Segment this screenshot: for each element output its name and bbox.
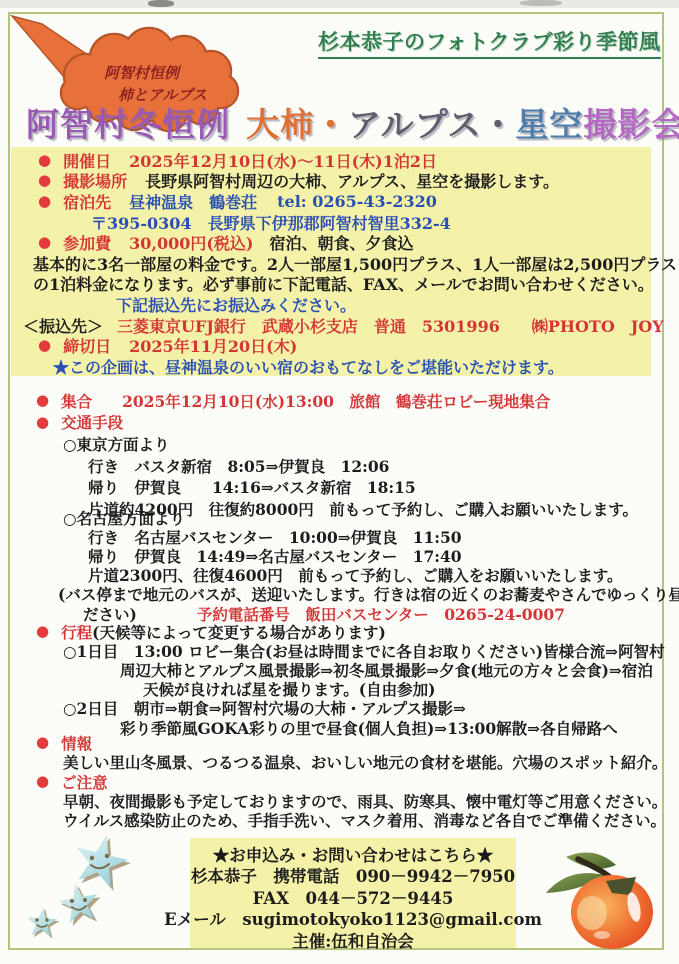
day2-row: ○2日目 朝市⇒朝食⇒阿智村穴場の大柿・アルプス撮影⇒ [28,699,658,718]
information-heading-row: ● 情報 [28,733,658,752]
lodging-address: 〒395-0304 長野県下伊那郡阿智村智里332-4 [91,211,451,234]
day1-row: 天候が良ければ星を撮ります。(自由参加) [28,680,658,699]
nagoya-heading-row: ○名古屋方面より [28,508,658,527]
nagoya-fare-row: 片道2300円、往復4600円 前もって予約し、ご購入をお願いいたします。 [28,566,658,585]
page-title: 阿智村冬恒例大柿・アルプス・星空撮影会 [26,99,679,146]
transfer-value: 三菱東京UFJ銀行 武蔵小杉支店 普通 5301996 ㈱PHOTO JOY [117,314,664,337]
event-date-label: 開催日 [63,149,111,172]
lodging-label: 宿泊先 [63,190,111,213]
transfer-note-row: 下記振込先にお振込みください。 [11,294,651,315]
fee-detail-1: 基本的に3名一部屋の料金です。2人一部屋1,500円プラス、1人一部屋は2,50… [33,252,677,275]
meeting-label: 集合 [61,390,92,412]
fee-detail-row: 基本的に3名一部屋の料金です。2人一部屋1,500円プラス、1人一部屋は2,50… [11,253,651,274]
bullet-icon: ● [38,153,51,168]
meeting-value: 2025年12月10日(水)13:00 旅館 鶴巻荘ロビー現地集合 [122,390,550,412]
bullet-icon: ● [36,624,49,639]
transfer-label: ＜振込先＞ [23,314,103,337]
information-section: ● 情報 美しい里山冬風景、つるつる温泉、おいしい地元の食材を堪能。穴場のスポッ… [28,733,658,771]
caution-line2: ウイルス感染防止のため、手指手洗い、マスク着用、消毒など各自でご準備ください。 [63,809,666,831]
photo-smudge [148,0,174,7]
event-date-value: 2025年12月10日(水)～11日(木)1泊2日 [129,149,437,172]
hospitality-note: ★この企画は、昼神温泉のいい宿のおもてなしをご堪能いただけます。 [53,355,564,378]
contact-phone: 杉本恭子 携帯電話 090－9942－7950 [191,863,515,887]
lodging-address-row: 〒395-0304 長野県下伊那郡阿智村智里332-4 [11,212,651,233]
lodging-name: 昼神温泉 鶴巻荘 [129,190,257,213]
highlight [594,931,610,939]
itinerary-heading-row: ● 行程 (天候等によって変更する場合があります) [28,622,658,641]
tokyo-go: 行き バスタ新宿 8:05⇒伊賀良 12:06 [88,455,389,477]
nagoya-section: ○名古屋方面より 行き 名古屋バスセンター 10:00⇒伊賀良 11:50 帰り… [28,508,658,623]
transport-heading-row: ● 交通手段 [28,412,658,434]
tokyo-return: 帰り 伊賀良 14:16⇒バスタ新宿 18:15 [88,476,416,498]
title-part-event: 阿智村冬恒例 [26,105,230,144]
title-part-persimmon: 大柿 [246,105,314,144]
fee-label: 参加費 [63,231,111,254]
event-info-box: ● 開催日 2025年12月10日(水)～11日(木)1泊2日 ● 撮影場所 長… [11,147,651,376]
shuttle-note-row: (バス停まで地元のバスが、送迎いたします。行きは宿の近くのお蕎麦やさんでゆっくり… [28,585,658,604]
tokyo-heading-row: ○東京方面より [28,433,658,455]
contact-organizer: 主催:伍和自治会 [292,928,414,952]
itinerary-section: ● 行程 (天候等によって変更する場合があります) ○1日目 13:00 ロビー… [28,622,658,737]
title-part-stars: 星空 [515,105,583,144]
bullet-icon: ● [36,415,49,430]
information-text-row: 美しい里山冬風景、つるつる温泉、おいしい地元の食材を堪能。穴場のスポット紹介。 [28,752,658,771]
contact-email-row: Eメール sugimotokyoko1123@gmail.com [190,908,516,930]
transport-label: 交通手段 [61,411,123,433]
transfer-note: 下記振込先にお振込みください。 [116,293,356,316]
transport-section: ● 集合 2025年12月10日(水)13:00 旅館 鶴巻荘ロビー現地集合 ●… [28,390,658,520]
deadline-label: 締切日 [63,334,111,357]
contact-box: ★お申込み・お問い合わせはこちら★ 杉本恭子 携帯電話 090－9942－795… [190,838,516,948]
title-dot: ・ [481,105,515,144]
contact-organizer-row: 主催:伍和自治会 [190,929,516,951]
information-text: 美しい里山冬風景、つるつる温泉、おいしい地元の食材を堪能。穴場のスポット紹介。 [63,751,667,773]
persimmon-illustration [540,845,672,955]
flyer-page: 阿智村恒例 柿とアルプス 杉本恭子のフォトクラブ彩り季節風 阿智村冬恒例大柿・ア… [0,0,679,964]
photo-smudge [520,0,562,6]
smiling-stars-illustration [22,832,182,952]
deadline-value: 2025年11月20日(木) [129,334,297,357]
nagoya-go-row: 行き 名古屋バスセンター 10:00⇒伊賀良 11:50 [28,527,658,546]
event-date-row: ● 開催日 2025年12月10日(水)～11日(木)1泊2日 [11,150,651,171]
fee-note: 宿泊、朝食、夕食込 [270,231,414,254]
contact-fax: FAX 044－572－9445 [253,885,454,909]
bullet-icon: ● [36,774,49,789]
shoot-location-label: 撮影場所 [63,169,127,192]
club-header: 杉本恭子のフォトクラブ彩り季節風 [318,26,661,59]
photo-edge-strip [0,0,679,8]
shoot-location-value: 長野県阿智村周辺の大柿、アルプス、星空を撮影します。 [145,169,559,192]
tokyo-heading: ○東京方面より [63,433,170,455]
bullet-icon: ● [36,735,49,750]
shoot-location-row: ● 撮影場所 長野県阿智村周辺の大柿、アルプス、星空を撮影します。 [11,171,651,192]
star-icon [56,880,105,927]
star-icon [69,832,136,893]
day1-row: 周辺大柿とアルプス風景撮影⇒初冬風景撮影⇒夕食(地元の方々と会食)⇒宿泊 [28,660,658,679]
meeting-row: ● 集合 2025年12月10日(水)13:00 旅館 鶴巻荘ロビー現地集合 [28,390,658,412]
lodging-row: ● 宿泊先 昼神温泉 鶴巻荘 tel: 0265-43-2320 [11,191,651,212]
bullet-icon: ● [36,393,49,408]
bullet-icon: ● [38,194,51,209]
caution-section: ● ご注意 早朝、夜間撮影も予定しておりますので、雨具、防寒具、懐中電灯等ご用意… [28,772,658,830]
bubble-text-line1: 阿智村恒例 [104,64,182,82]
hospitality-row: ★この企画は、昼神温泉のいい宿のおもてなしをご堪能いただけます。 [11,356,651,377]
caution-text-row: ウイルス感染防止のため、手指手洗い、マスク着用、消毒など各自でご準備ください。 [28,810,658,829]
fee-value: 30,000円(税込) [129,231,253,254]
title-part-session: 撮影会 [583,105,679,144]
tokyo-go-row: 行き バスタ新宿 8:05⇒伊賀良 12:06 [28,455,658,477]
caution-heading-row: ● ご注意 [28,772,658,791]
contact-heading: ★お申込み・お問い合わせはこちら★ [190,843,516,865]
tokyo-return-row: 帰り 伊賀良 14:16⇒バスタ新宿 18:15 [28,476,658,498]
title-part-alps: アルプス [348,105,481,144]
title-dot: ・ [314,105,348,144]
bullet-icon: ● [38,173,51,188]
contact-phone-row: 杉本恭子 携帯電話 090－9942－7950 [190,865,516,887]
caution-text-row: 早朝、夜間撮影も予定しておりますので、雨具、防寒具、懐中電灯等ご用意ください。 [28,791,658,810]
deadline-row: ● 締切日 2025年11月20日(木) [11,335,651,356]
star-icon [26,906,60,939]
fee-row: ● 参加費 30,000円(税込) 宿泊、朝食、夕食込 [11,232,651,253]
bullet-icon: ● [38,338,51,353]
fee-detail-2: の1泊料金になります。必ず事前に下記電話、FAX、メールでお問い合わせください。 [33,272,654,295]
contact-email: Eメール sugimotokyoko1123@gmail.com [164,906,542,930]
day1-row: ○1日目 13:00 ロビー集合(お昼は時間までに各自お取りください)皆様合流⇒… [28,641,658,660]
fee-detail-row: の1泊料金になります。必ず事前に下記電話、FAX、メールでお問い合わせください。 [11,274,651,295]
highlight [577,896,607,930]
contact-heading-text: ★お申込み・お問い合わせはこちら★ [213,842,494,866]
bullet-icon: ● [38,235,51,250]
transfer-row: ＜振込先＞ 三菱東京UFJ銀行 武蔵小杉支店 普通 5301996 ㈱PHOTO… [11,315,651,336]
lodging-tel: tel: 0265-43-2320 [277,192,437,211]
contact-fax-row: FAX 044－572－9445 [190,886,516,908]
nagoya-return-row: 帰り 伊賀良 14:49⇒名古屋バスセンター 17:40 [28,546,658,565]
